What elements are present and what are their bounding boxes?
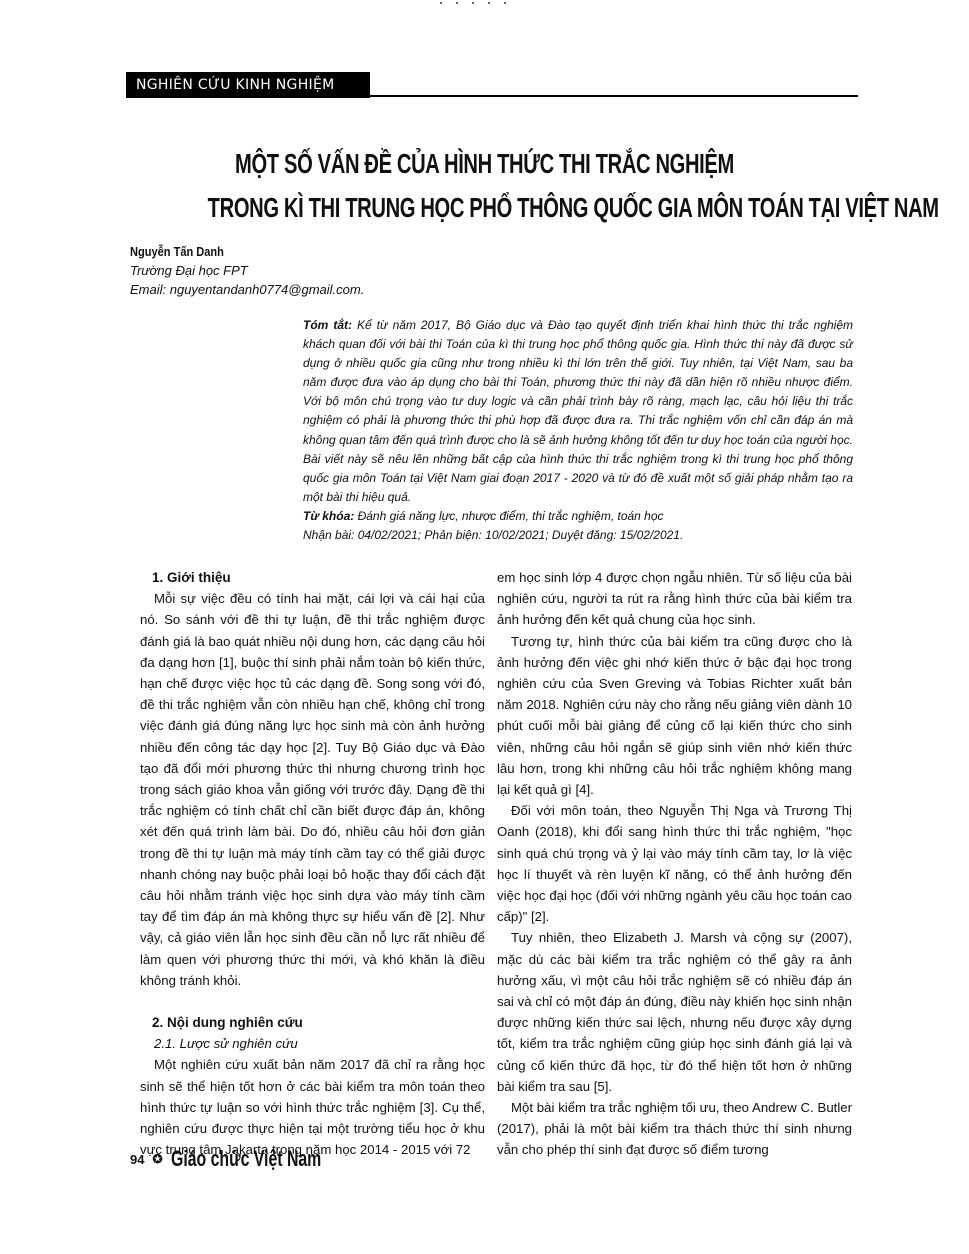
paragraph: Tuy nhiên, theo Elizabeth J. Marsh và cộ… bbox=[497, 927, 852, 1097]
paragraph: Tương tự, hình thức của bài kiểm tra cũn… bbox=[497, 631, 852, 801]
header-rule bbox=[370, 95, 858, 97]
paragraph: Một bài kiểm tra trắc nghiệm tối ưu, the… bbox=[497, 1097, 852, 1161]
keywords-label: Từ khóa: bbox=[303, 509, 354, 523]
page-footer: 94 ✪ Giáo chức Việt Nam bbox=[130, 1146, 379, 1172]
abstract-label: Tóm tắt: bbox=[303, 318, 352, 332]
section-header: NGHIÊN CỨU KINH NGHIỆM bbox=[126, 72, 858, 98]
keywords: Từ khóa: Đánh giá năng lực, nhược điểm, … bbox=[303, 507, 853, 526]
abstract: Tóm tắt: Kể từ năm 2017, Bộ Giáo dục và … bbox=[303, 316, 853, 545]
scan-marks bbox=[440, 2, 530, 6]
author-name: Nguyễn Tấn Danh bbox=[130, 242, 329, 261]
section-1-heading: 1. Giới thiệu bbox=[140, 567, 485, 588]
section-label: NGHIÊN CỨU KINH NGHIỆM bbox=[126, 72, 370, 98]
author-block: Nguyễn Tấn Danh Trường Đại học FPT Email… bbox=[130, 242, 364, 299]
paragraph: em học sinh lớp 4 được chọn ngẫu nhiên. … bbox=[497, 567, 852, 631]
paragraph: Mỗi sự việc đều có tính hai mặt, cái lợi… bbox=[140, 588, 485, 991]
title-line-1: MỘT SỐ VẤN ĐỀ CỦA HÌNH THỨC THI TRẮC NGH… bbox=[208, 142, 762, 186]
author-email: Email: nguyentandanh0774@gmail.com. bbox=[130, 280, 364, 299]
right-column: em học sinh lớp 4 được chọn ngẫu nhiên. … bbox=[497, 567, 852, 1161]
article-title: MỘT SỐ VẤN ĐỀ CỦA HÌNH THỨC THI TRẮC NGH… bbox=[208, 142, 762, 230]
page-number: 94 bbox=[130, 1152, 144, 1167]
star-icon: ✪ bbox=[152, 1152, 162, 1166]
abstract-text: Kể từ năm 2017, Bộ Giáo dục và Đào tạo q… bbox=[303, 318, 853, 504]
left-column: 1. Giới thiệu Mỗi sự việc đều có tính ha… bbox=[140, 567, 485, 1160]
title-line-2: TRONG KÌ THI TRUNG HỌC PHỔ THÔNG QUỐC GI… bbox=[208, 186, 762, 230]
abstract-body: Tóm tắt: Kể từ năm 2017, Bộ Giáo dục và … bbox=[303, 316, 853, 507]
paragraph: Đối với môn toán, theo Nguyễn Thị Nga và… bbox=[497, 800, 852, 927]
keywords-text: Đánh giá năng lực, nhược điểm, thi trắc … bbox=[354, 509, 663, 523]
subsection-2-1-heading: 2.1. Lược sử nghiên cứu bbox=[140, 1033, 485, 1054]
article-dates: Nhận bài: 04/02/2021; Phản biện: 10/02/2… bbox=[303, 526, 853, 545]
author-affiliation: Trường Đại học FPT bbox=[130, 261, 364, 280]
paragraph: Một nghiên cứu xuất bản năm 2017 đã chỉ … bbox=[140, 1054, 485, 1160]
journal-name: Giáo chức Việt Nam bbox=[171, 1146, 321, 1172]
section-2-heading: 2. Nội dung nghiên cứu bbox=[140, 1012, 485, 1033]
